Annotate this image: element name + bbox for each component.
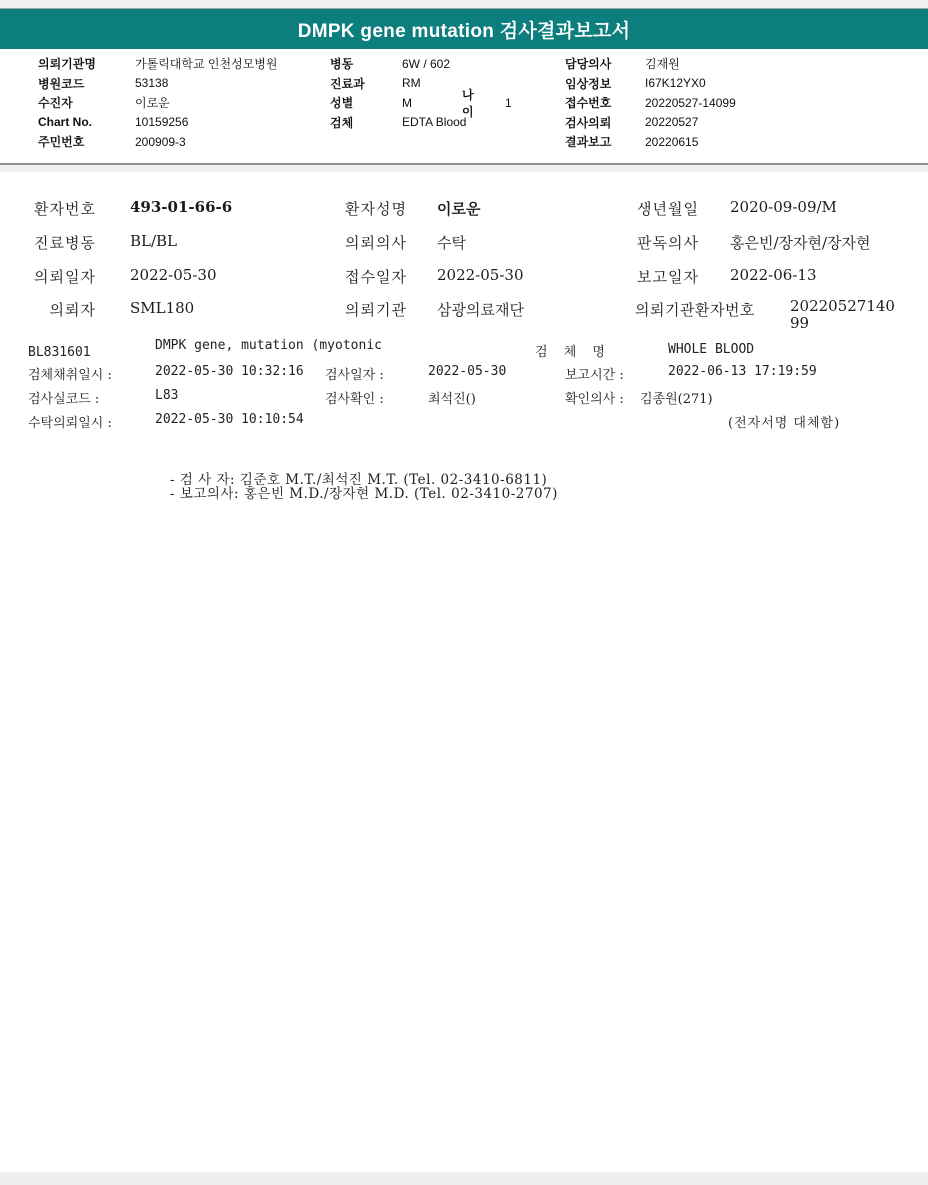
info-row: 접수번호 20220527-14099 (565, 93, 736, 113)
field-label: 의뢰기관환자번호 (635, 299, 755, 320)
test-code: BL831601 (28, 345, 91, 360)
field-label: 보고시간 : (565, 364, 624, 383)
field-label: 검사의뢰 (565, 114, 645, 131)
age-value: 1 (505, 96, 512, 110)
top-margin-strip (0, 0, 928, 9)
field-value: 20220527-14099 (645, 96, 736, 110)
field-label: 담당의사 (565, 55, 645, 72)
field-value: 6W / 602 (402, 57, 450, 71)
field-label: 보고일자 (637, 266, 699, 287)
info-row: 진료과 RM (330, 74, 466, 94)
info-row: 검체 EDTA Blood (330, 113, 466, 133)
field-label: 의뢰기관 (345, 299, 407, 320)
field-label: 진료과 (330, 75, 402, 92)
info-row: 담당의사 김재원 (565, 54, 736, 74)
info-row: Chart No. 10159256 (38, 113, 277, 133)
field-label: 병동 (330, 55, 402, 72)
field-label: 접수일자 (345, 266, 407, 287)
field-label: 검사일자 : (325, 364, 384, 383)
field-label: 접수번호 (565, 94, 645, 111)
header-left-column: 의뢰기관명 가톨릭대학교 인천성모병원 병원코드 53138 수진자 이로운 C… (38, 54, 277, 152)
field-value: 2022-05-30 (437, 266, 523, 284)
field-value: 김종원(271) (640, 388, 713, 407)
field-value: RM (402, 76, 421, 90)
field-label: 검체 (330, 114, 402, 131)
birthdate-value: 2020-09-09/M (730, 198, 837, 216)
field-label: 임상정보 (565, 75, 645, 92)
field-value: 2022-05-30 (428, 364, 506, 379)
field-label: 의뢰자 (28, 299, 96, 320)
field-label: 검사확인 : (325, 388, 384, 407)
patient-row: 환자번호 493-01-66-6 환자성명 이로운 생년월일 2020-09-0… (0, 198, 928, 220)
field-value: 최석진() (428, 388, 476, 407)
field-label: 의뢰일자 (28, 266, 96, 287)
field-value: L83 (155, 388, 178, 403)
field-value: 20220615 (645, 135, 698, 149)
field-value: 20220527 (645, 115, 698, 129)
field-label: 주민번호 (38, 133, 135, 150)
info-row-sex-age: 성별 M 나이 1 (330, 93, 466, 113)
field-value: M (402, 96, 412, 110)
patient-row: 의뢰일자 2022-05-30 접수일자 2022-05-30 보고일자 202… (0, 266, 928, 288)
field-label: 진료병동 (28, 232, 96, 253)
info-row: 주민번호 200909-3 (38, 132, 277, 152)
patient-row: 진료병동 BL/BL 의뢰의사 수탁 판독의사 홍은빈/장자현/장자현 (0, 232, 928, 254)
field-value: 홍은빈/장자현/장자현 (730, 232, 871, 253)
info-row: 임상정보 I67K12YX0 (565, 74, 736, 94)
field-label: 성별 (330, 94, 402, 111)
info-row: 결과보고 20220615 (565, 132, 736, 152)
field-label: 판독의사 (637, 232, 699, 253)
report-title-bar: DMPK gene mutation 검사결과보고서 (0, 9, 928, 49)
field-value: 삼광의료재단 (437, 299, 524, 320)
info-row: 의뢰기관명 가톨릭대학교 인천성모병원 (38, 54, 277, 74)
field-value: 수탁 (437, 232, 466, 253)
header-middle-column: 병동 6W / 602 진료과 RM 성별 M 나이 1 검체 EDTA Blo… (330, 54, 466, 132)
field-value: 2022-06-13 17:19:59 (668, 364, 817, 379)
field-label: Chart No. (38, 115, 135, 129)
field-label: 환자번호 (28, 198, 96, 219)
patient-name: 이로운 (437, 198, 480, 219)
field-value: 가톨릭대학교 인천성모병원 (135, 55, 277, 72)
info-row: 검사의뢰 20220527 (565, 113, 736, 133)
field-value: 2022-05-30 10:32:16 (155, 364, 304, 379)
field-label: 수탁의뢰일시 : (28, 412, 112, 431)
reporter-contact-line: - 보고의사: 홍은빈 M.D./장자현 M.D. (Tel. 02-3410-… (170, 482, 558, 502)
test-name: DMPK gene, mutation (myotonic (155, 338, 382, 353)
header-right-column: 담당의사 김재원 임상정보 I67K12YX0 접수번호 20220527-14… (565, 54, 736, 152)
field-label: 확인의사 : (565, 388, 624, 407)
field-value: 김재원 (645, 55, 680, 72)
field-value: BL/BL (130, 232, 177, 250)
specimen-label: 검 체 명 (535, 341, 606, 360)
field-value: I67K12YX0 (645, 76, 706, 90)
field-label: 의뢰의사 (345, 232, 407, 253)
field-value: 53138 (135, 76, 168, 90)
field-value: SML180 (130, 299, 194, 317)
field-value: 2022-05-30 10:10:54 (155, 412, 304, 427)
footer-bar (0, 1172, 928, 1185)
field-label: 결과보고 (565, 133, 645, 150)
electronic-signature-note: (전자서명 대체함) (728, 412, 840, 431)
patient-number: 493-01-66-6 (130, 198, 232, 216)
field-label: 환자성명 (345, 198, 407, 219)
info-row: 병원코드 53138 (38, 74, 277, 94)
section-divider-band (0, 165, 928, 172)
report-title: DMPK gene mutation 검사결과보고서 (298, 16, 631, 43)
field-label: 검사실코드 : (28, 388, 99, 407)
field-label: 생년월일 (637, 198, 699, 219)
field-label: 수진자 (38, 94, 135, 111)
field-value: 200909-3 (135, 135, 186, 149)
specimen-value: WHOLE BLOOD (668, 342, 754, 357)
field-value: EDTA Blood (402, 115, 466, 129)
field-label: 검체채취일시 : (28, 364, 112, 383)
field-value: 2022-06-13 (730, 266, 816, 284)
field-value: 2022052714099 (790, 298, 898, 332)
field-label: 병원코드 (38, 75, 135, 92)
patient-row: 의뢰자 SML180 의뢰기관 삼광의료재단 의뢰기관환자번호 20220527… (0, 299, 928, 321)
field-value: 10159256 (135, 115, 188, 129)
field-value: 이로운 (135, 94, 170, 111)
field-value: 2022-05-30 (130, 266, 216, 284)
info-row: 수진자 이로운 (38, 93, 277, 113)
info-row: 병동 6W / 602 (330, 54, 466, 74)
field-label: 의뢰기관명 (38, 55, 135, 72)
